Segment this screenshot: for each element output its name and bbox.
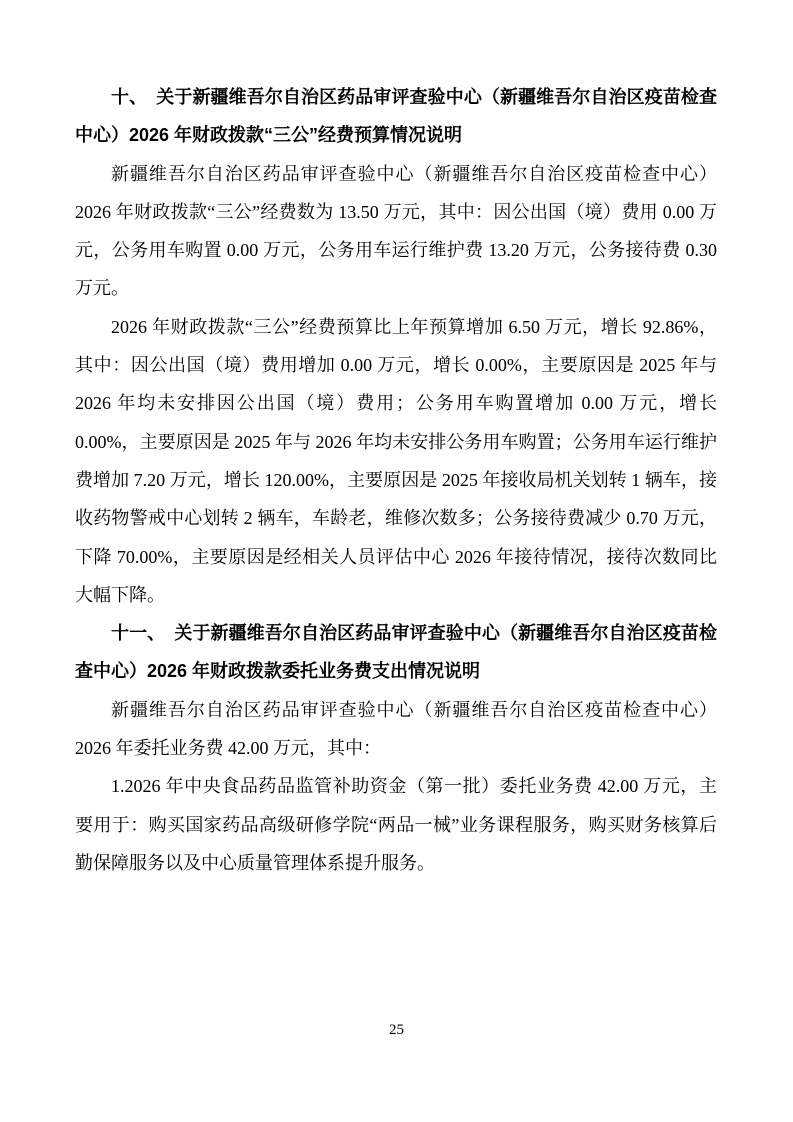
document-content: 十、 关于新疆维吾尔自治区药品审评查验中心（新疆维吾尔自治区疫苗检查中心）202… bbox=[75, 78, 717, 882]
section-11-paragraph-1: 新疆维吾尔自治区药品审评查验中心（新疆维吾尔自治区疫苗检查中心）2026 年委托… bbox=[75, 691, 717, 768]
section-10-heading: 十、 关于新疆维吾尔自治区药品审评查验中心（新疆维吾尔自治区疫苗检查中心）202… bbox=[75, 78, 717, 155]
section-11-paragraph-2: 1.2026 年中央食品药品监管补助资金（第一批）委托业务费 42.00 万元，… bbox=[75, 767, 717, 882]
document-page: 十、 关于新疆维吾尔自治区药品审评查验中心（新疆维吾尔自治区疫苗检查中心）202… bbox=[0, 0, 793, 1122]
page-number: 25 bbox=[0, 1020, 793, 1040]
section-10-paragraph-2: 2026 年财政拨款“三公”经费预算比上年预算增加 6.50 万元，增长 92.… bbox=[75, 308, 717, 614]
section-10-paragraph-1: 新疆维吾尔自治区药品审评查验中心（新疆维吾尔自治区疫苗检查中心）2026 年财政… bbox=[75, 155, 717, 308]
section-11-heading: 十一、 关于新疆维吾尔自治区药品审评查验中心（新疆维吾尔自治区疫苗检查中心）20… bbox=[75, 614, 717, 691]
